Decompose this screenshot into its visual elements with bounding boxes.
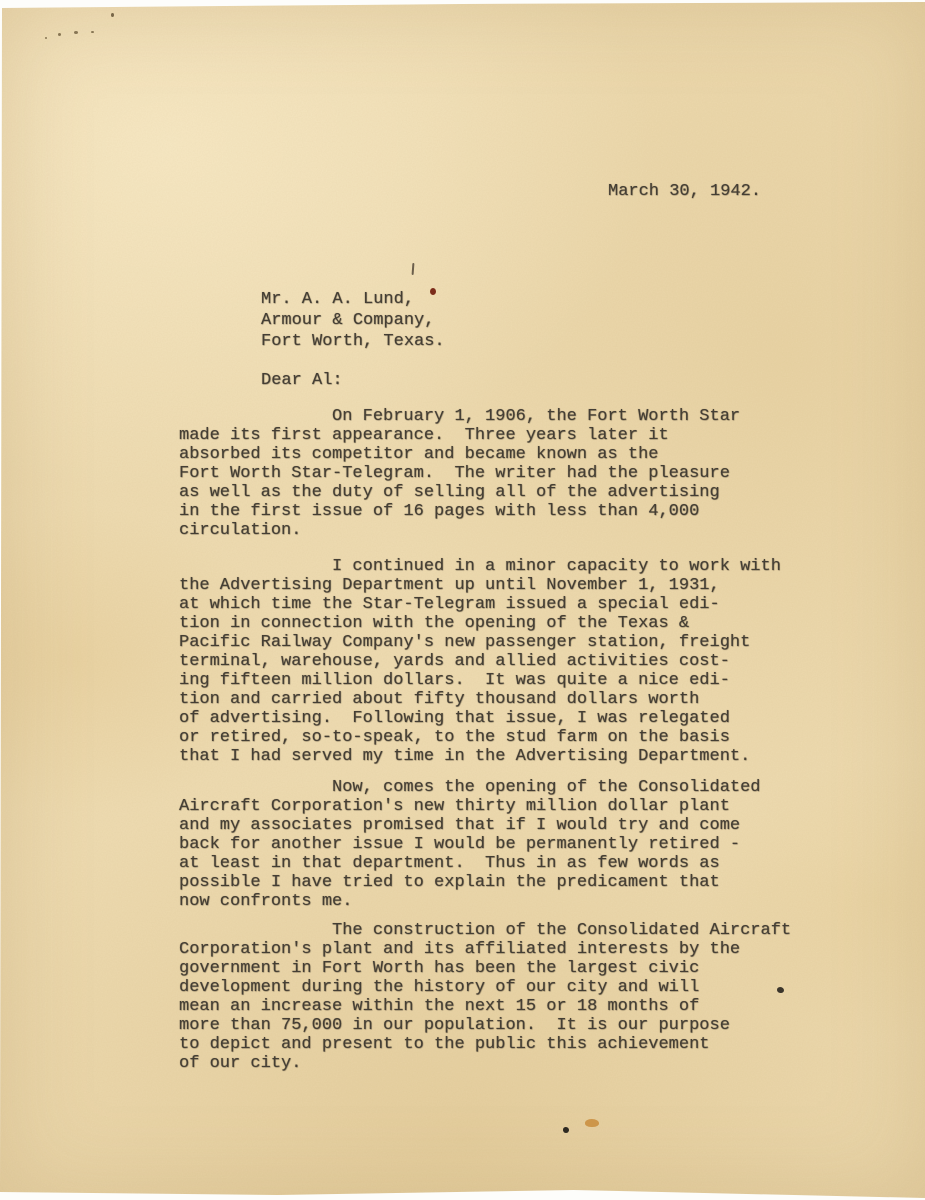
salutation: Dear Al: [261,371,343,390]
stain-smudge [585,1119,599,1127]
paper-speck [74,31,78,34]
letter-date: March 30, 1942. [608,182,761,201]
paper-speck [111,13,114,17]
ink-tick-mark [412,263,415,275]
paper-speck [45,37,47,39]
letter-page: March 30, 1942. Mr. A. A. Lund, Armour &… [0,0,925,1200]
paper-speck [91,31,94,33]
recipient-address-block: Mr. A. A. Lund, Armour & Company, Fort W… [261,289,445,352]
letter-paragraph-3: Now, comes the opening of the Consolidat… [179,778,761,911]
letter-paragraph-4: The construction of the Consolidated Air… [179,921,791,1073]
paper-speck [58,33,61,36]
letter-paragraph-2: I continued in a minor capacity to work … [179,557,781,766]
scan-background: March 30, 1942. Mr. A. A. Lund, Armour &… [0,0,925,1200]
ink-speck-bottom [563,1127,569,1133]
letter-paragraph-1: On February 1, 1906, the Fort Worth Star… [179,407,740,540]
